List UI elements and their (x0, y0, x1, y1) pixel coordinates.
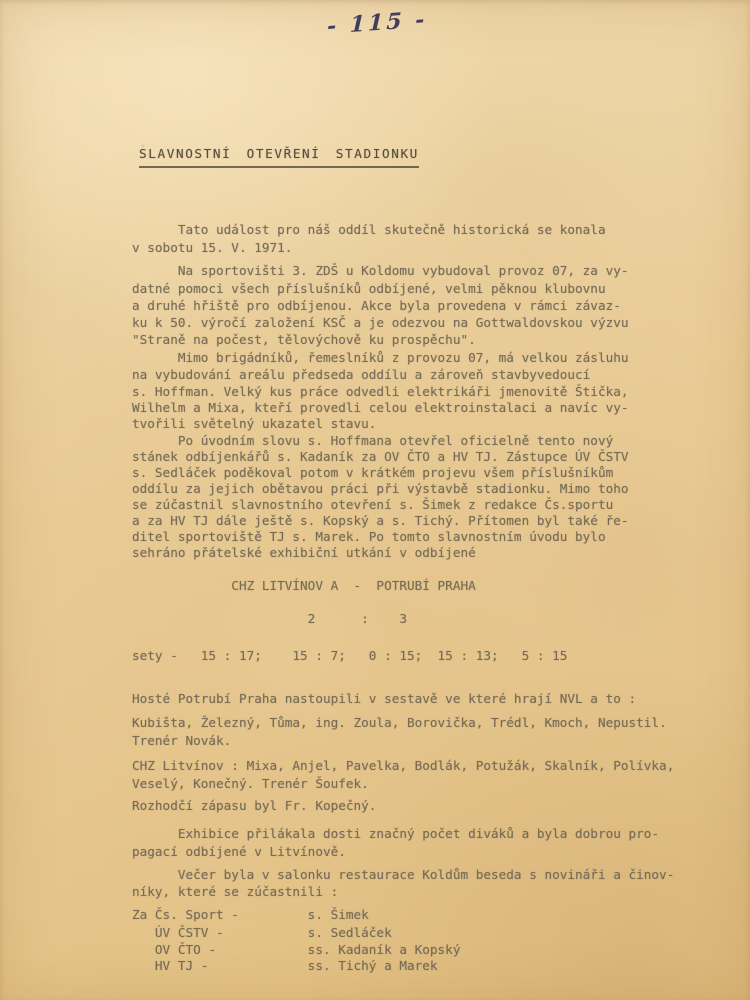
text-line: Kubišta, Železný, Tůma, ing. Zoula, Boro… (132, 715, 667, 731)
text-line: v sobotu 15. V. 1971. (132, 240, 292, 256)
text-line: ku k 50. výročí založení KSČ a je odezvo… (132, 315, 629, 331)
text-line: s. Sedláček poděkoval potom v krátkém pr… (132, 465, 613, 481)
text-line: Mimo brigádníků, řemeslníků z provozu 07… (132, 350, 629, 366)
text-line: Po úvodním slovu s. Hoffmana otevřel ofi… (132, 433, 613, 449)
attendee-line: ÚV ČSTV - s. Sedláček (132, 925, 392, 941)
attendee-line: HV TJ - ss. Tichý a Marek (132, 958, 438, 974)
attendee-line: OV ČTO - ss. Kadaník a Kopský (132, 942, 460, 958)
text-line: s. Hoffman. Velký kus práce odvedli elek… (132, 384, 629, 400)
text-line: Hosté Potrubí Praha nastoupili v sestavě… (132, 691, 636, 707)
text-line: Na sportovišti 3. ZDŠ u Koldomu vybudova… (132, 263, 629, 279)
text-line: tvořili světelný ukazatel stavu. (132, 416, 376, 432)
text-line: Veselý, Konečný. Trenér Šoufek. (132, 776, 369, 792)
match-score-line: 2 : 3 (132, 611, 407, 627)
scanned-page: - 115 - SLAVNOSTNÍ OTEVŘENÍ STADIONKU Ta… (0, 0, 750, 1000)
text-line: Rozhodčí zápasu byl Fr. Kopečný. (132, 798, 376, 814)
typewritten-text-layer: Tato událost pro náš oddíl skutečně hist… (0, 0, 750, 1000)
text-line: Trenér Novák. (132, 733, 231, 749)
text-line: ditel sportoviště TJ s. Marek. Po tomto … (132, 529, 606, 545)
text-line: a za HV TJ dále ještě s. Kopský a s. Tic… (132, 513, 629, 529)
text-line: se zúčastnil slavnostního otevření s. Ši… (132, 497, 613, 513)
text-line: Tato událost pro náš oddíl skutečně hist… (132, 222, 606, 238)
text-line: na vybudování areálu předseda oddílu a z… (132, 367, 590, 383)
text-line: sehráno přátelské exhibiční utkání v odb… (132, 545, 476, 561)
text-line: a druhé hřiště pro odbíjenou. Akce byla … (132, 298, 621, 314)
text-line: Exhibice přilákala dosti značný počet di… (132, 826, 659, 842)
text-line: "Straně na počest, tělovýchově ku prospě… (132, 332, 476, 348)
text-line: pagací odbíjené v Litvínově. (132, 844, 346, 860)
attendee-line: Za Čs. Sport - s. Šimek (132, 907, 369, 923)
match-sets-line: sety - 15 : 17; 15 : 7; 0 : 15; 15 : 13;… (132, 648, 567, 664)
text-line: datné pomoci všech příslušníků odbíjené,… (132, 281, 606, 297)
text-line: Wilhelm a Mixa, kteří provedli celou ele… (132, 400, 629, 416)
text-line: Večer byla v salonku restaurace Koldům b… (132, 867, 674, 883)
text-line: oddílu za jejich obětavou práci při výst… (132, 481, 629, 497)
match-title-line: CHZ LITVÍNOV A - POTRUBÍ PRAHA (132, 578, 476, 594)
text-line: CHZ Litvínov : Mixa, Anjel, Pavelka, Bod… (132, 758, 674, 774)
text-line: stánek odbíjenkářů s. Kadaník za OV ČTO … (132, 449, 629, 465)
text-line: níky, které se zúčastnili : (132, 884, 338, 900)
